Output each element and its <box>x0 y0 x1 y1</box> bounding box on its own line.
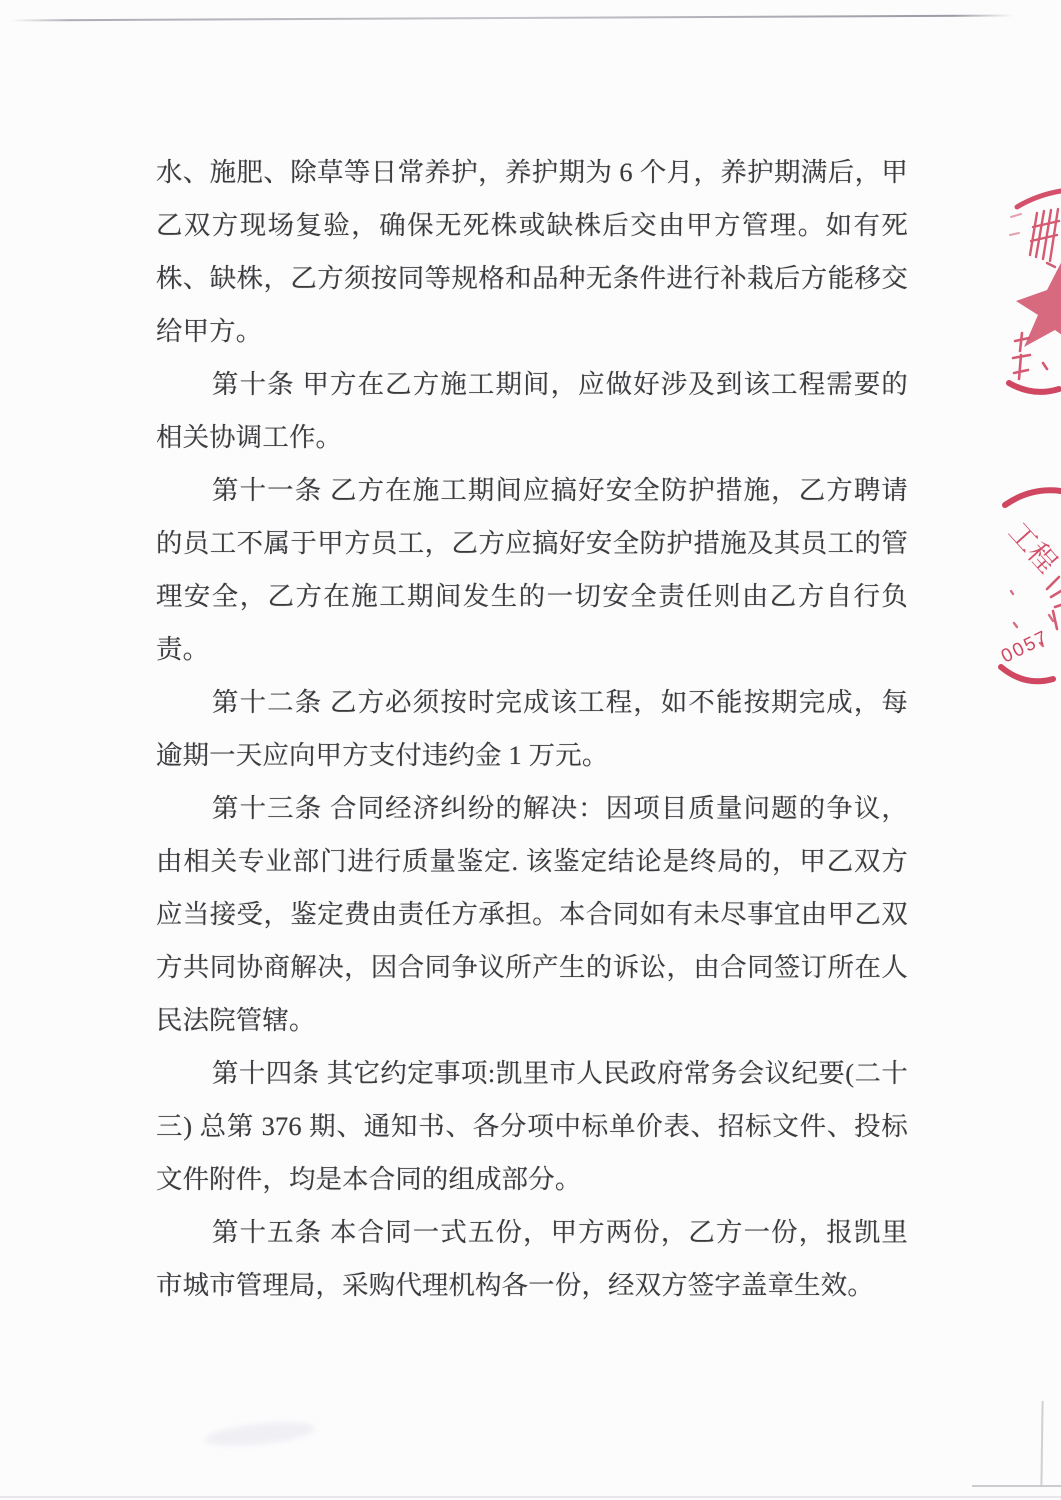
scan-artifact-line-right <box>1040 1401 1043 1485</box>
scan-artifact-line-bottom <box>0 1496 1061 1498</box>
seal-graphic: 工程 0057 <box>997 481 1061 691</box>
contract-clause-15: 第十五条 本合同一式五份，甲方两份，乙方一份，报凯里市城市管理局，采购代理机构各… <box>156 1206 908 1312</box>
seal-arc-text: 工程 <box>1002 516 1061 579</box>
scan-artifact-line-bottom-right <box>972 1485 1061 1487</box>
contract-clause-11: 第十一条 乙方在施工期间应搞好安全防护措施，乙方聘请的员工不属于甲方员工，乙方应… <box>156 464 908 676</box>
contract-clause-13: 第十三条 合同经济纠纷的解决：因项目质量问题的争议，由相关专业部门进行质量鉴定.… <box>156 782 908 1047</box>
seal-character-fragment <box>1030 209 1059 267</box>
scan-smudge <box>204 1418 315 1449</box>
contract-paragraph-continuation: 水、施肥、除草等日常养护，养护期为 6 个月，养护期满后，甲乙双方现场复验，确保… <box>156 146 908 358</box>
seal-faint-marks <box>1010 214 1021 235</box>
seal-arc-bottom <box>1001 667 1053 681</box>
red-seal-fragment-top <box>1003 183 1061 401</box>
red-seal-fragment-middle: 工程 0057 <box>997 481 1061 691</box>
scanned-contract-page: 水、施肥、除草等日常养护，养护期为 6 个月，养护期满后，甲乙双方现场复验，确保… <box>0 0 1061 1500</box>
contract-clause-14: 第十四条 其它约定事项:凯里市人民政府常务会议纪要(二十三) 总第 376 期、… <box>156 1047 908 1206</box>
seal-arc-top <box>1017 191 1061 207</box>
seal-graphic <box>1003 183 1061 401</box>
seal-serial-number: 0057 <box>998 627 1052 668</box>
contract-clause-12: 第十二条 乙方必须按时完成该工程，如不能按期完成，每逾期一天应向甲方支付违约金 … <box>156 676 908 782</box>
scan-artifact-line-top <box>10 15 1014 22</box>
contract-clause-10: 第十条 甲方在乙方施工期间，应做好涉及到该工程需要的相关协调工作。 <box>156 358 908 464</box>
contract-text-block: 水、施肥、除草等日常养护，养护期为 6 个月，养护期满后，甲乙双方现场复验，确保… <box>156 146 908 1312</box>
seal-arc-top <box>1005 490 1061 505</box>
seal-arc-bottom <box>1009 383 1059 392</box>
